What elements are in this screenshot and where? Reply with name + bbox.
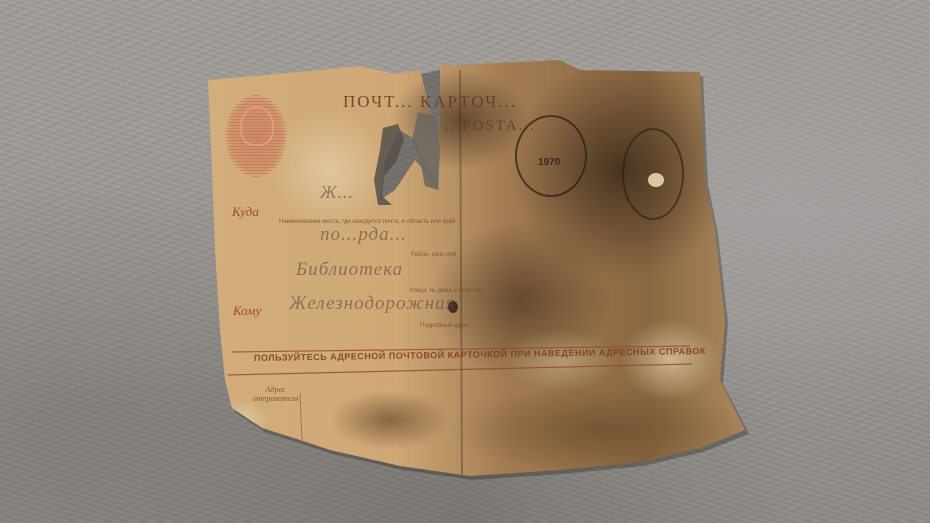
postmark-date: 1970 xyxy=(538,157,560,168)
hammer-sickle-icon xyxy=(240,106,274,146)
label-to-whom: Кому xyxy=(233,303,261,319)
field-hint-address: Подробный адрес xyxy=(420,323,470,329)
handwriting-line-1: Ж... xyxy=(320,182,354,203)
postcard-paper xyxy=(0,0,930,523)
handwriting-line-2: по...рда... xyxy=(320,224,407,246)
label-to-where: Куда xyxy=(232,204,259,220)
postcard-title: ПОЧТ... КАРТОЧ... xyxy=(343,92,517,112)
postmark-stamp-2 xyxy=(622,128,684,220)
handwriting-line-4: Железнодорожная xyxy=(289,293,455,315)
postcard: ПОЧТ... КАРТОЧ... ...POSTA... Куда Кому … xyxy=(0,0,930,523)
sender-label: Адрес отправителя xyxy=(248,385,303,403)
field-hint-district: Район, село или xyxy=(411,252,456,258)
handwriting-line-3: Библиотека xyxy=(296,259,403,281)
postmark-stamp xyxy=(515,115,587,197)
